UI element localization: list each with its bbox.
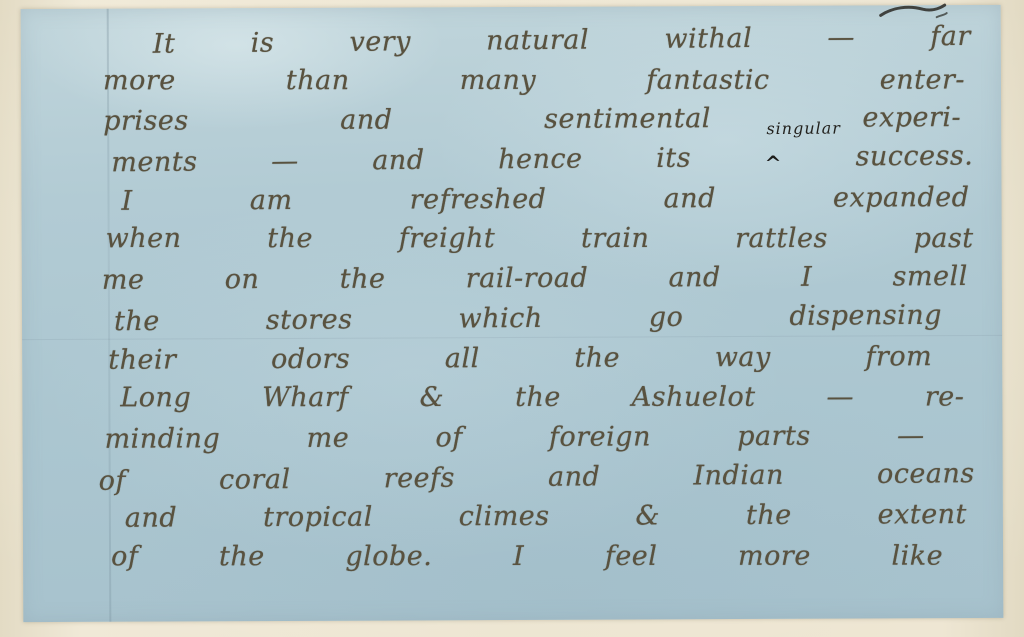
manuscript-line: Long Wharf & the Ashuelot — re- [120,378,964,418]
manuscript-line: their odors all the way from [108,337,932,380]
manuscript-line: minding me of foreign parts — [104,416,924,459]
manuscript-line-with-insertion: ments — and hence its ^ singular success… [111,137,973,183]
manuscript-line: the stores which go dispensing [114,295,942,341]
manuscript-line: of coral reefs and Indian oceans [99,454,975,501]
manuscript-line: when the freight train rattles past [106,219,974,259]
line-text-after-insertion: success. [855,141,973,173]
manuscript-sheet: It is very natural withal — far more tha… [21,5,1004,622]
manuscript-line: I am refreshed and expanded [121,178,969,221]
interlinear-insertion: ^ singular [764,138,782,180]
manuscript-line: more than many fantastic enter- [103,60,965,100]
manuscript-line: me on the rail-road and I smell [102,257,968,300]
inserted-word: singular [766,121,841,138]
manuscript-line: It is very natural withal — far [153,17,971,65]
manuscript-line: and tropical climes & the extent [125,495,967,538]
manuscript-line: of the globe. I feel more like [111,537,943,577]
line-text-before-insertion: ments — and hence its [111,143,691,179]
caret-insertion-mark: ^ [765,144,783,184]
handwritten-text-block: It is very natural withal — far more tha… [101,19,977,578]
